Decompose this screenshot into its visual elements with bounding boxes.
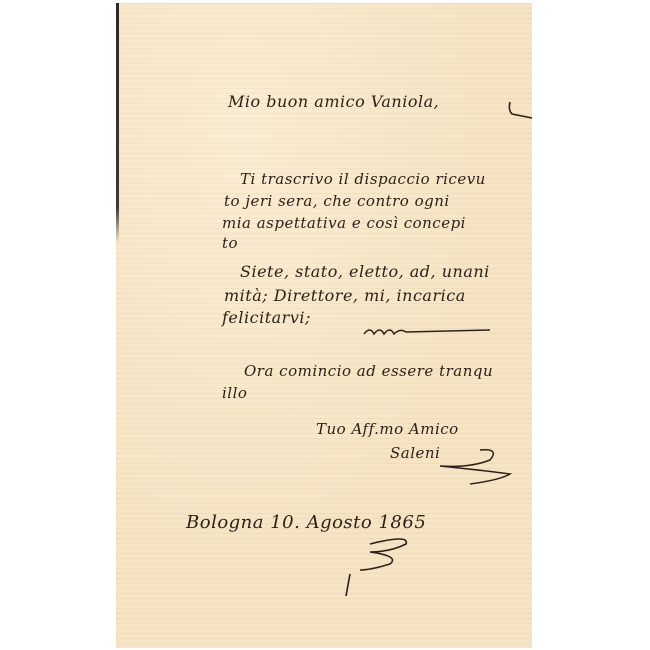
body-line-1: Ti trascrivo il dispaccio ricevu — [240, 170, 486, 188]
salutation: Mio buon amico Vaniola, — [228, 92, 439, 111]
body-line-7: felicitarvi; — [222, 308, 311, 327]
closing: Tuo Aff.mo Amico — [316, 420, 459, 438]
body-line-6: mità; Direttore, mi, incarica — [224, 286, 466, 305]
body-line-3: mia aspettativa e così concepi — [222, 214, 466, 232]
body-line-2: to jeri sera, che contro ogni — [224, 192, 450, 210]
body-line-4: to — [222, 234, 238, 252]
body-line-5: Siete, stato, eletto, ad, unani — [240, 262, 490, 281]
salutation-flourish — [506, 100, 536, 122]
body-line-8: Ora comincio ad essere tranqu — [244, 362, 493, 380]
signature-flourish — [410, 446, 530, 490]
body-line-9: illo — [222, 384, 247, 402]
page-left-edge — [116, 3, 119, 243]
date-flourish — [330, 530, 420, 600]
dash-flourish — [360, 320, 500, 340]
